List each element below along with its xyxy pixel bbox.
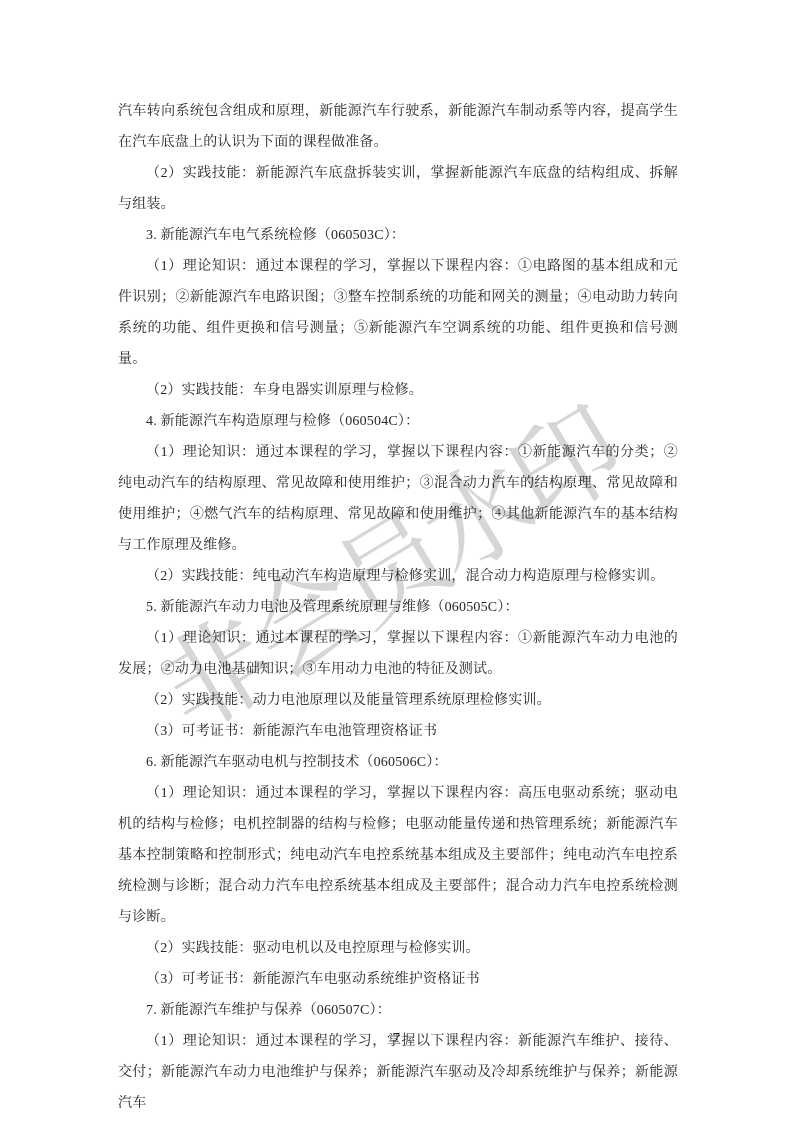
document-page: 非会员水印 汽车转向系统包含组成和原理，新能源汽车行驶系，新能源汽车制动系等内容… <box>0 0 793 1122</box>
paragraph: （2）实践技能：驱动电机以及电控原理与检修实训。 <box>118 933 678 964</box>
document-body: 汽车转向系统包含组成和原理，新能源汽车行驶系，新能源汽车制动系等内容，提高学生在… <box>118 96 678 1119</box>
paragraph: 7. 新能源汽车维护与保养（060507C）： <box>118 995 678 1026</box>
paragraph: （2）实践技能：新能源汽车底盘拆装实训，掌握新能源汽车底盘的结构组成、拆解与组装… <box>118 158 678 220</box>
paragraph: 6. 新能源汽车驱动电机与控制技术（060506C）： <box>118 747 678 778</box>
paragraph: 4. 新能源汽车构造原理与检修（060504C）： <box>118 406 678 437</box>
paragraph: 5. 新能源汽车动力电池及管理系统原理与维修（060505C）： <box>118 592 678 623</box>
paragraph: （1）理论知识：通过本课程的学习，掌握以下课程内容：①新能源汽车的分类；②纯电动… <box>118 437 678 561</box>
paragraph: 汽车转向系统包含组成和原理，新能源汽车行驶系，新能源汽车制动系等内容，提高学生在… <box>118 96 678 158</box>
paragraph: （2）实践技能：动力电池原理以及能量管理系统原理检修实训。 <box>118 685 678 716</box>
page-number: 7 <box>0 1031 793 1047</box>
paragraph: （2）实践技能：纯电动汽车构造原理与检修实训，混合动力构造原理与检修实训。 <box>118 561 678 592</box>
paragraph: （1）理论知识：通过本课程的学习，掌握以下课程内容：①新能源汽车动力电池的发展；… <box>118 623 678 685</box>
paragraph: （2）实践技能：车身电器实训原理与检修。 <box>118 375 678 406</box>
paragraph: （3）可考证书：新能源汽车电池管理资格证书 <box>118 716 678 747</box>
paragraph: （1）理论知识：通过本课程的学习，掌握以下课程内容：①电路图的基本组成和元件识别… <box>118 251 678 375</box>
paragraph: （3）可考证书：新能源汽车电驱动系统维护资格证书 <box>118 964 678 995</box>
paragraph: 3. 新能源汽车电气系统检修（060503C）： <box>118 220 678 251</box>
paragraph: （1）理论知识：通过本课程的学习，掌握以下课程内容：高压电驱动系统；驱动电机的结… <box>118 778 678 933</box>
